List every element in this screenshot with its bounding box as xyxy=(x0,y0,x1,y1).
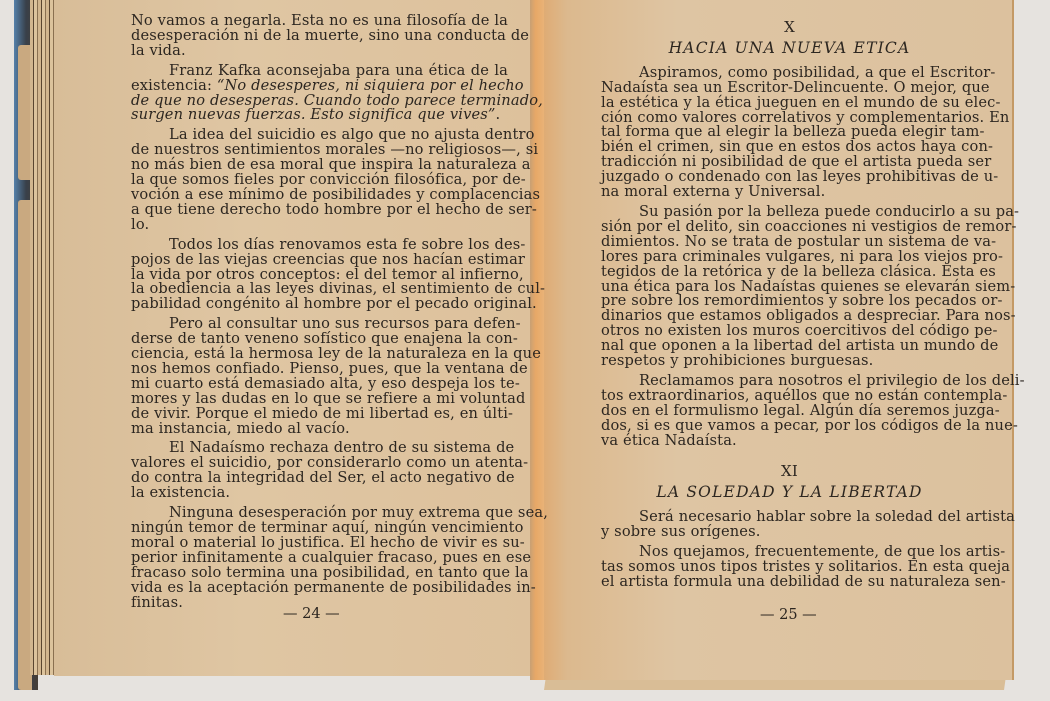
paragraph: Su pasión por la belleza puede conducirl… xyxy=(601,205,978,369)
text-line: el artista formula una debilidad de su n… xyxy=(601,575,978,590)
chapter-title: LA SOLEDAD Y LA LIBERTAD xyxy=(601,485,978,500)
text-line: pabilidad congénito al hombre por el pec… xyxy=(131,297,508,312)
paragraph: Pero al consultar uno sus recursos para … xyxy=(131,317,508,436)
text-line: y sobre sus orígenes. xyxy=(601,525,978,540)
right-page-body: XHACIA UNA NUEVA ETICAAspiramos, como po… xyxy=(601,20,978,590)
text-line: va ética Nadaísta. xyxy=(601,434,978,449)
text-line: la existencia. xyxy=(131,486,508,501)
paragraph: Franz Kafka aconsejaba para una ética de… xyxy=(131,64,508,124)
text-line: lo. xyxy=(131,218,508,233)
page-number-right: — 25 — xyxy=(760,607,817,623)
paragraph: Aspiramos, como posibilidad, a que el Es… xyxy=(601,66,978,200)
page-number-left: — 24 — xyxy=(283,606,340,622)
text-line: vida es la aceptación permanente de posi… xyxy=(131,581,508,596)
book-page-leaves xyxy=(30,0,56,675)
paragraph: Será necesario hablar sobre la soledad d… xyxy=(601,510,978,540)
text-line: surgen nuevas fuerzas. Esto significa qu… xyxy=(131,108,508,123)
text-line: ma instancia, miedo al vacío. xyxy=(131,422,508,437)
paragraph: Ninguna desesperación por muy extrema qu… xyxy=(131,506,508,610)
paragraph: Reclamamos para nosotros el privilegio d… xyxy=(601,374,978,449)
text-line: na moral externa y Universal. xyxy=(601,185,978,200)
paragraph: Nos quejamos, frecuentemente, de que los… xyxy=(601,545,978,590)
paragraph: La idea del suicidio es algo que no ajus… xyxy=(131,128,508,232)
text-line: a que tiene derecho todo hombre por el h… xyxy=(131,203,508,218)
chapter-number: X xyxy=(601,20,978,35)
paragraph: No vamos a negarla. Esta no es una filos… xyxy=(131,14,508,59)
text-line: la vida. xyxy=(131,44,508,59)
text-line: respetos y prohibiciones burguesas. xyxy=(601,354,978,369)
text-line: desesperación ni de la muerte, sino una … xyxy=(131,29,508,44)
chapter-title: HACIA UNA NUEVA ETICA xyxy=(601,41,978,56)
chapter-number: XI xyxy=(601,464,978,479)
paragraph: El Nadaísmo rechaza dentro de su sistema… xyxy=(131,441,508,501)
paragraph: Todos los días renovamos esta fe sobre l… xyxy=(131,238,508,313)
left-page-body: No vamos a negarla. Esta no es una filos… xyxy=(131,14,508,610)
